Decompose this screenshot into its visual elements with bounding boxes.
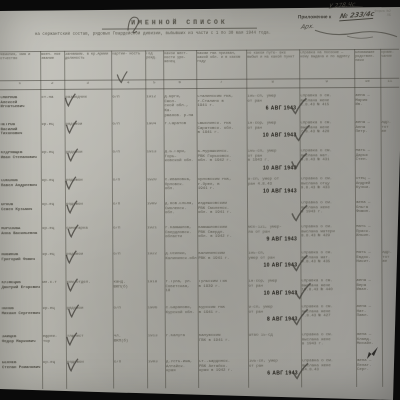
row-2-birthplace-cell: г.Саратов <box>165 122 196 127</box>
row-8-spravka-cell: Справка о см. выслана жене 10.8.43 № 440 <box>301 279 354 293</box>
row-2-rank-cell: кр-ец <box>42 123 64 128</box>
row-4-spravka-cell: Справка о см. выслана отцу 9.8.43 № 433 <box>301 177 354 191</box>
row-4-position-cell: рядовой <box>66 179 111 184</box>
row-2-spravka-cell: Справка о см. выслана жене 7.8.43 № 420 <box>301 121 354 135</box>
row-6-unit-cell: мсб-121, умер- ла от ран9 АВГ 1943 <box>248 225 299 243</box>
row-2-party-cell: б/п <box>113 122 145 127</box>
row-9-kin-cell: Жена — Нат. Павл. <box>357 305 381 319</box>
row-6-position-cell: санитарка <box>66 227 111 232</box>
row-2-tail-cell: Адр. тот же <box>382 121 399 135</box>
row-7-party-cell: б/п <box>113 252 145 257</box>
row-7-kin-cell: Мать — Евдок. Никит. <box>356 251 380 265</box>
row-1-unit-cell: 105-сп, умер от ран6 АВГ 1943 <box>247 94 298 112</box>
handwritten-archive-note: Арх. <box>300 23 315 31</box>
row-3-date-stamp: 10 АВГ 1943 <box>248 167 299 172</box>
column-number-9: 9 <box>299 80 354 85</box>
row-1-birthplace-cell: д.Юрги, Смол- ской обл., Ка- рманов. р-н… <box>164 95 195 119</box>
row-11-party-cell: б/п <box>114 360 146 365</box>
row-7-drafted-cell: Калининским РВК в 1941 г. <box>198 252 246 262</box>
form-number-note: Форма №2 ЛБ <box>375 10 391 18</box>
row-8-unit-cell: 10-сбр, умер от ран10 АВГ 1943 <box>248 279 299 297</box>
row-10-name-cell: ЗАЙЦЕВ Федор Маркович <box>2 335 41 345</box>
row-2-name-cell: ПЕТРОВ Василий Тихонович <box>1 123 40 137</box>
row-10-birthplace-cell: г.Калуга <box>166 334 197 339</box>
row-5-spravka-cell: Справка о см. выслана жене в 1943 г. <box>301 201 354 215</box>
row-6-rank-cell: кр-ец <box>42 227 64 232</box>
row-11-date-stamp: 6 АВГ 1943 <box>249 372 300 377</box>
personnel-table: Фамилия, имя и отчествоВоен- ное званиеЗ… <box>0 0 399 1</box>
row-5-kin-cell: Жена — Ольга Фомин. <box>356 201 380 215</box>
row-1-party-cell: б/п <box>112 95 144 100</box>
row-7-tail-cell: Адр. тот же <box>382 251 399 265</box>
row-6-kin-cell: Мать — Праск. Ильин. <box>356 225 380 239</box>
row-5-position-cell: рядовой <box>66 203 111 208</box>
row-7-rank-cell: кр-ец <box>42 253 64 258</box>
row-9-drafted-cell: Курским РВК в 1941 г. <box>199 306 247 316</box>
photo-frame: У.278.Чс Приложение к № 233/4с Арх. Форм… <box>0 0 400 400</box>
row-11-spravka-cell: Справка о см. выслана жене 14.8.43 <box>302 359 355 373</box>
row-8-party-cell: канд. ВКП(б) <box>113 280 145 290</box>
row-7-birthplace-cell: д.Осинки, Калининск.обл. <box>165 252 196 262</box>
row-11-kin-cell: Жена — Пелаг. Серг. <box>357 359 381 373</box>
column-header-1: Фамилия, имя и отчество <box>0 53 39 79</box>
column-number-2: 2 <box>40 82 64 87</box>
row-4-party-cell: б/п <box>113 178 145 183</box>
row-4-name-cell: СОКОЛОВ Павел Андреевич <box>1 179 40 189</box>
column-number-6: 6 <box>163 81 196 86</box>
column-header-4: Партий- ность <box>112 52 144 78</box>
row-1-date-stamp: 6 АВГ 1943 <box>247 107 298 112</box>
column-number-4: 4 <box>111 81 145 86</box>
row-11-position-cell: рядовой <box>67 361 112 366</box>
row-11-drafted-cell: Ст.-Бардинск. РВК Алтайск. края в 1942 г… <box>199 360 247 374</box>
row-11-rank-cell: кр-ец <box>43 361 65 366</box>
row-10-spravka-cell: Справка о см. выслана жене в 1943 г. <box>302 333 355 347</box>
row-7-date-stamp: 10 АВГ 1943 <box>248 264 299 269</box>
column-number-8: 8 <box>246 80 299 85</box>
column-header-10: Ближайшие родствен- ники <box>355 51 379 77</box>
row-2-year-cell: 1904 <box>147 122 163 127</box>
row-2-kin-cell: Жена — Анна Петр. <box>356 121 380 135</box>
row-3-rank-cell: кр-ец <box>42 151 64 156</box>
column-number-7: 7 <box>196 81 246 86</box>
row-6-spravka-cell: Справка о см. выслана матери 8.8.43 № 42… <box>301 225 354 239</box>
row-10-rank-cell: ефрей- тор <box>43 335 65 345</box>
row-10-kin-cell: Жена — Клавд. Михайл. <box>357 333 381 347</box>
row-1-kin-cell: Жена — Мария Ив. <box>355 94 379 108</box>
row-5-birthplace-cell: д.Нов.Ельня, Смоленск. обл. <box>165 202 196 216</box>
row-11-unit-cell: 105-сп, умер от ран6 АВГ 1943 <box>249 359 300 377</box>
row-9-birthplace-cell: с.Бараново, Курской обл. <box>166 306 197 316</box>
row-3-kin-cell: Мать — Дарья Степ. <box>356 149 380 163</box>
row-8-drafted-cell: Тульским ГВК в 1939 г. <box>198 280 246 290</box>
row-4-kin-cell: Отец — Андрей Кузьм. <box>356 177 380 191</box>
column-header-9: Справка на пособие — кому выдана и по ад… <box>300 51 353 77</box>
row-3-birthplace-cell: д.Б.Гари, Горь- ковской обл. <box>165 150 196 164</box>
row-3-spravka-cell: Справка о см. выслана мат. 9.8.43 № 431 <box>301 149 354 163</box>
row-11-name-cell: БЕЛЯЕВ Степан Романович <box>2 361 41 371</box>
row-1-position-cell: разведчик <box>65 96 110 101</box>
row-9-rank-cell: кр-ец <box>43 307 65 312</box>
row-9-year-cell: 1906 <box>148 306 164 311</box>
row-1-drafted-cell: Сталинским РВК, г.Сталино в 1941 г. <box>197 95 245 109</box>
row-4-unit-cell: 9-сп, умер от ран 4.8.4310 АВГ 1943 <box>248 177 299 195</box>
row-1-name-cell: СМИРНОВ Алексей Игнатьевич <box>0 96 39 110</box>
row-9-name-cell: ПОПОВ Михаил Сергеевич <box>2 307 41 317</box>
row-8-birthplace-cell: г.Тула, ул. Советская, 18 <box>165 280 196 294</box>
table-number-rule <box>0 87 399 90</box>
column-header-3: Занимаем. в Кр.Армии должность <box>65 53 110 79</box>
column-header-7: Каким РВК призван, какой обл. и в каком … <box>197 52 245 78</box>
row-3-party-cell: б/п <box>113 150 145 155</box>
row-5-drafted-cell: Издешковским РВК Смоленск. обл. в 1941 г… <box>198 202 246 216</box>
row-8-position-cell: ком.отдел. <box>66 281 111 286</box>
column-header-2: Воен- ное звание <box>41 53 63 79</box>
row-5-rank-cell: кр-ец <box>42 203 64 208</box>
row-10-unit-cell: штаб 15-сд <box>249 333 300 338</box>
row-7-spravka-cell: Справка о см. выслана мат. 9.8.43 № 435 <box>301 251 354 265</box>
handwritten-number: У.278.Чс <box>328 1 355 10</box>
row-6-name-cell: МОРОЗОВА Анна Васильевна <box>1 227 40 237</box>
row-5-year-cell: 1909 <box>147 202 163 207</box>
row-5-name-cell: ОРЛОВ Семен Кузьмич <box>1 203 40 213</box>
row-8-name-cell: КУЗНЕЦОВ Дмитрий Егорович <box>1 281 40 291</box>
column-number-5: 5 <box>145 81 163 86</box>
document-content: У.278.Чс Приложение к № 233/4с Арх. Форм… <box>0 0 400 400</box>
row-9-unit-cell: 9-сп, умер от ран8 АВГ 1943 <box>249 305 300 323</box>
row-10-drafted-cell: Калужским ГВК в 1941 г. <box>199 334 247 344</box>
row-2-unit-cell: 10-сбр, умер от ран10 АВГ 1943 <box>248 121 299 139</box>
row-4-birthplace-cell: с.Ивановка, Орловск. обл. <box>165 178 196 192</box>
handwritten-squiggle-line <box>315 30 397 38</box>
row-4-date-stamp: 10 АВГ 1943 <box>248 190 299 195</box>
column-header-5: Год рожд. <box>146 52 162 78</box>
row-3-position-cell: рядовой <box>66 151 111 156</box>
row-7-unit-cell: 105-сп, умер от ран10 АВГ 1943 <box>248 251 299 269</box>
row-10-position-cell: тлфнист <box>67 335 112 340</box>
row-9-spravka-cell: Справка о см. выслана жене 7.8.43 № 427 <box>302 305 355 319</box>
row-4-drafted-cell: Орловским РВК, г.Орел, в 1941 г. <box>198 178 246 192</box>
document-title: ИМЕННОЙ СПИСОК <box>102 19 257 29</box>
row-7-year-cell: 1922 <box>147 252 163 257</box>
row-5-party-cell: б/п <box>113 202 145 207</box>
document-subtitle: на сержантский состав, рядовых Гвардейск… <box>23 31 283 37</box>
row-9-date-stamp: 8 АВГ 1943 <box>249 318 300 323</box>
row-11-year-cell: 1903 <box>148 360 164 365</box>
row-7-position-cell: рядовой <box>66 253 111 258</box>
row-3-year-cell: 1913 <box>147 150 163 155</box>
row-10-year-cell: 1913 <box>148 334 164 339</box>
row-2-date-stamp: 10 АВГ 1943 <box>248 134 299 139</box>
appendix-label: Приложение к <box>298 15 331 20</box>
row-1-rank-cell: ст-на <box>41 96 63 101</box>
row-1-year-cell: 1912 <box>146 95 162 100</box>
row-6-birthplace-cell: г.Камышлов, Свердловск. области <box>165 226 196 240</box>
row-1-spravka-cell: Справка о см. выслана жене 2.8.43 № 415 <box>300 94 353 108</box>
row-7-name-cell: НОВИКОВ Григорий Фомич <box>1 253 40 263</box>
pencil-arrow-mark <box>367 347 378 359</box>
column-number-3: 3 <box>64 82 111 87</box>
row-10-party-cell: чл. ВКП(б) <box>114 334 146 344</box>
column-number-11: 11 <box>380 80 399 85</box>
handwritten-squiggle-line-2 <box>347 36 373 38</box>
row-6-drafted-cell: Камышловским РВК Свердл. обл. в 1942 г. <box>198 226 246 240</box>
column-header-11: Приме- чание <box>381 51 398 77</box>
column-header-8: По какой путе- вке выбыл и на какой пунк… <box>247 51 298 77</box>
row-2-drafted-cell: Смыслинск. РВК Саратовск. обл. в 1941 г. <box>198 122 246 136</box>
row-6-party-cell: б/п <box>113 226 145 231</box>
row-8-kin-cell: Жена — Вера Иван. <box>356 279 380 293</box>
row-9-position-cell: рядовой <box>67 307 112 312</box>
row-3-drafted-cell: Б.Мурашкинск. РВК Горьковск. обл. в 1942… <box>198 150 246 164</box>
row-6-date-stamp: 9 АВГ 1943 <box>248 238 299 243</box>
row-11-birthplace-cell: д.Усть-Иша, Алтайск. края <box>166 360 197 374</box>
appendix-handwritten-number: № 233/4с <box>339 10 375 22</box>
column-number-1: 1 <box>0 82 40 87</box>
row-8-year-cell: 1918 <box>147 280 163 285</box>
column-number-10: 10 <box>354 80 380 85</box>
row-3-name-cell: КУДРЯВЦЕВ Иван Степанович <box>1 151 40 161</box>
row-4-year-cell: 1920 <box>147 178 163 183</box>
row-6-year-cell: 1921 <box>147 226 163 231</box>
row-9-party-cell: б/п <box>114 306 146 311</box>
row-3-unit-cell: 105-сп, умер от ран в 1943 г.10 АВГ 1943 <box>248 149 299 171</box>
row-2-position-cell: рядовой <box>66 123 111 128</box>
column-header-6: Какой мест- ности уро- женец <box>164 52 195 78</box>
row-8-rank-cell: мл.с-т <box>42 281 64 286</box>
row-8-date-stamp: 10 АВГ 1943 <box>249 292 300 297</box>
row-4-rank-cell: кр-ец <box>42 179 64 184</box>
